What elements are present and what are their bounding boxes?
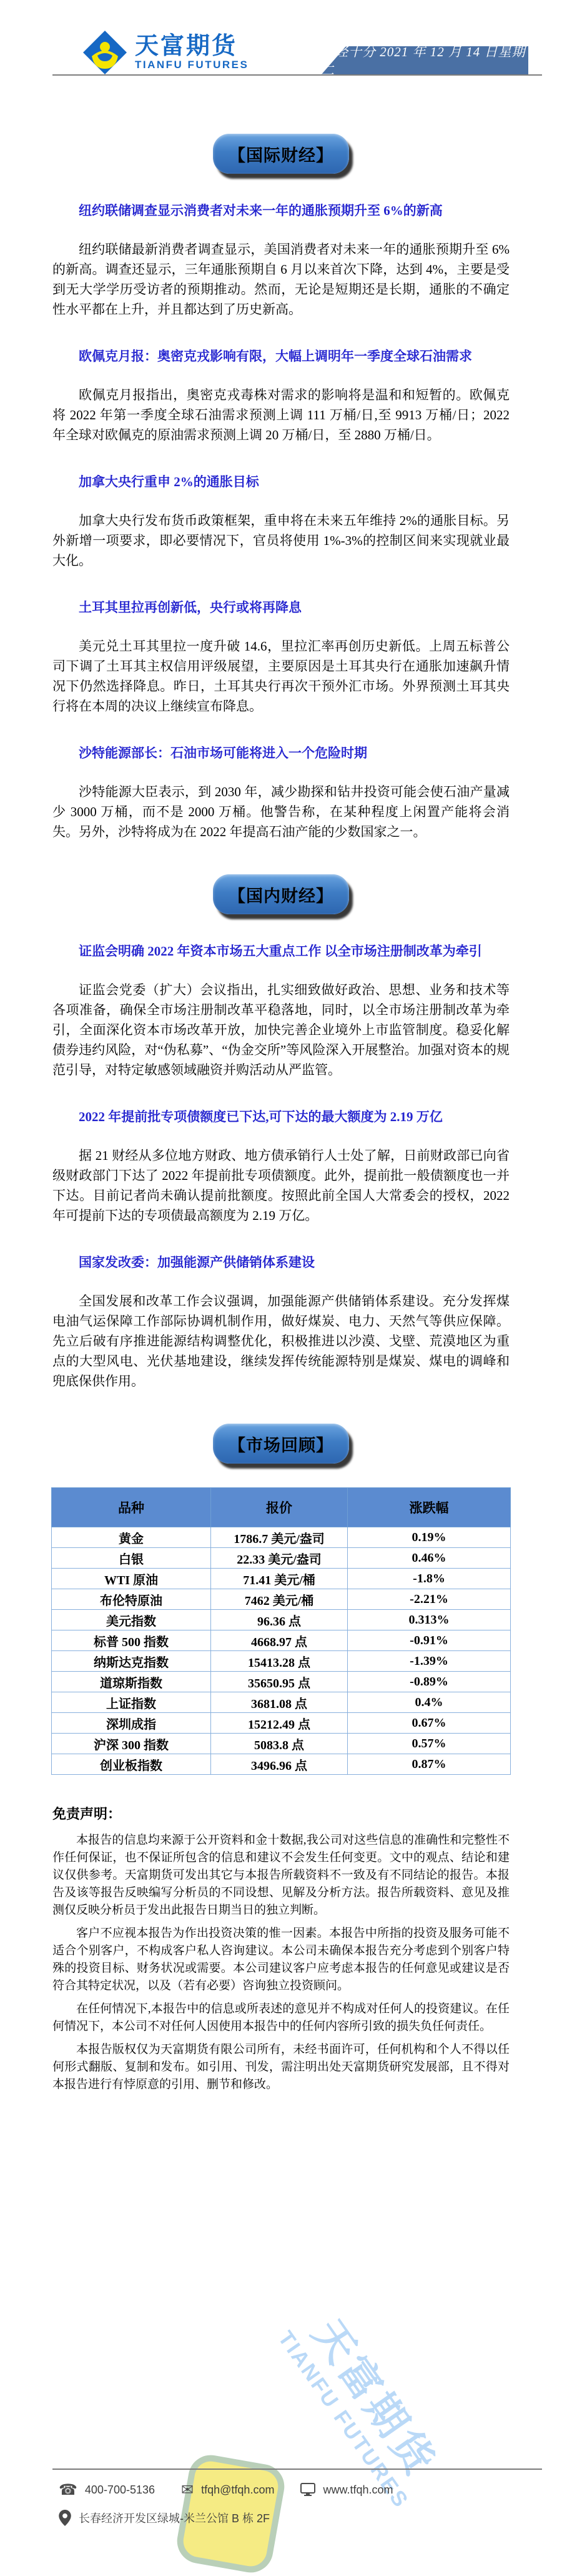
section-button-international: 【国际财经】: [213, 134, 349, 174]
news-title: 沙特能源部长：石油市场可能将进入一个危险时期: [52, 744, 510, 763]
header-price: 报价: [211, 1488, 348, 1527]
footer-contact-row: ☎ 400-700-5136 ✉ tfqh@tfqh.com www.tfqh.…: [59, 2482, 562, 2497]
footer-address-row: 长春经济开发区绿城-米兰公馆 B 栋 2F: [59, 2510, 562, 2526]
news-section: 土耳其里拉再创新低，央行或将再降息 美元兑土耳其里拉一度升破 14.6，里拉汇率…: [52, 598, 510, 716]
international-news: 纽约联储调查显示消费者对未来一年的通胀预期升至 6%的新高 纽约联储最新消费者调…: [0, 201, 562, 842]
cell-price: 4668.97 点: [211, 1630, 348, 1651]
news-title: 土耳其里拉再创新低，央行或将再降息: [52, 598, 510, 617]
cell-price: 15413.28 点: [211, 1651, 348, 1672]
cell-change: 0.46%: [348, 1548, 511, 1569]
news-body: 证监会党委（扩大）会议指出，扎实细致做好政治、思想、业务和技术等各项准备，确保全…: [52, 980, 510, 1080]
cell-variety: 深圳成指: [52, 1713, 211, 1734]
cell-change: -1.39%: [348, 1651, 511, 1672]
news-section: 2022 年提前批专项债额度已下达,可下达的最大额度为 2.19 万亿 据 21…: [52, 1107, 510, 1226]
logo-text: 天富期货 TIANFU FUTURES: [135, 34, 249, 71]
news-section: 加拿大央行重申 2%的通胀目标 加拿大央行发布货币政策框架，重申将在未来五年维持…: [52, 472, 510, 571]
domestic-news: 证监会明确 2022 年资本市场五大重点工作 以全市场注册制改革为牵引 证监会党…: [0, 942, 562, 1391]
news-body: 欧佩克月报指出，奥密克戎毒株对需求的影响将是温和和短暂的。欧佩克将 2022 年…: [52, 385, 510, 445]
table-row: 深圳成指 15212.49 点 0.67%: [52, 1713, 511, 1734]
table-row: 白银 22.33 美元/盎司 0.46%: [52, 1548, 511, 1569]
mail-icon: ✉: [181, 2482, 194, 2497]
company-logo: 天富期货 TIANFU FUTURES: [82, 30, 249, 75]
news-title: 证监会明确 2022 年资本市场五大重点工作 以全市场注册制改革为牵引: [52, 942, 510, 961]
footer: ☎ 400-700-5136 ✉ tfqh@tfqh.com www.tfqh.…: [0, 2469, 562, 2526]
location-icon: [59, 2510, 71, 2526]
news-title: 2022 年提前批专项债额度已下达,可下达的最大额度为 2.19 万亿: [52, 1107, 510, 1127]
cell-price: 96.36 点: [211, 1610, 348, 1630]
news-section: 纽约联储调查显示消费者对未来一年的通胀预期升至 6%的新高 纽约联储最新消费者调…: [52, 201, 510, 319]
disclaimer-paragraph: 本报告的信息均来源于公开资料和金十数据,我公司对这些信息的准确性和完整性不作任何…: [52, 1832, 510, 1919]
cell-variety: 标普 500 指数: [52, 1630, 211, 1651]
disclaimer-paragraph: 在任何情况下,本报告中的信息或所表述的意见并不构成对任何人的投资建议。在任何情况…: [52, 2000, 510, 2035]
monitor-icon: [300, 2483, 315, 2497]
date-banner: 财经十分 2021 年 12 月 14 日星期二: [321, 46, 528, 75]
table-row: 美元指数 96.36 点 0.313%: [52, 1610, 511, 1630]
cell-change: 0.87%: [348, 1754, 511, 1775]
cell-price: 1786.7 美元/盎司: [211, 1527, 348, 1548]
section-button-wrap: 【国际财经】: [0, 134, 562, 174]
cell-variety: 创业板指数: [52, 1754, 211, 1775]
section-button-wrap: 【市场回顾】: [0, 1424, 562, 1464]
logo-diamond-icon: [82, 30, 127, 75]
disclaimer-heading: 免责声明：: [52, 1804, 510, 1823]
table-row: 黄金 1786.7 美元/盎司 0.19%: [52, 1527, 511, 1548]
header-divider: [52, 74, 542, 76]
cell-change: -2.21%: [348, 1589, 511, 1610]
footer-phone: ☎ 400-700-5136: [59, 2482, 155, 2497]
disclaimer-paragraph: 客户不应视本报告为作出投资决策的惟一因素。本报告中所指的投资及服务可能不适合个别…: [52, 1925, 510, 1995]
cell-price: 5083.8 点: [211, 1734, 348, 1754]
footer-address-text: 长春经济开发区绿城-米兰公馆 B 栋 2F: [79, 2510, 270, 2526]
news-body: 全国发展和改革工作会议强调，加强能源产供储销体系建设。充分发挥煤电油气运保障工作…: [52, 1291, 510, 1391]
cell-change: 0.4%: [348, 1692, 511, 1713]
cell-price: 15212.49 点: [211, 1713, 348, 1734]
disclaimer-paragraph: 本报告版权仅为天富期货有限公司所有，未经书面许可，任何机构和个人不得以任何形式翻…: [52, 2041, 510, 2094]
cell-change: -1.8%: [348, 1569, 511, 1589]
table-row: 布伦特原油 7462 美元/桶 -2.21%: [52, 1589, 511, 1610]
news-body: 沙特能源大臣表示，到 2030 年，减少勘探和钻井投资可能会使石油产量减少 30…: [52, 782, 510, 842]
cell-variety: WTI 原油: [52, 1569, 211, 1589]
date-banner-text: 财经十分 2021 年 12 月 14 日星期二: [321, 42, 528, 79]
news-title: 国家发改委：加强能源产供储销体系建设: [52, 1253, 510, 1272]
cell-change: -0.91%: [348, 1630, 511, 1651]
cell-variety: 美元指数: [52, 1610, 211, 1630]
news-section: 沙特能源部长：石油市场可能将进入一个危险时期 沙特能源大臣表示，到 2030 年…: [52, 744, 510, 842]
footer-website-text[interactable]: www.tfqh.com: [323, 2484, 393, 2497]
cell-change: 0.313%: [348, 1610, 511, 1630]
disclaimer: 免责声明： 本报告的信息均来源于公开资料和金十数据,我公司对这些信息的准确性和完…: [0, 1804, 562, 2094]
header-variety: 品种: [52, 1488, 211, 1527]
table-row: 标普 500 指数 4668.97 点 -0.91%: [52, 1630, 511, 1651]
cell-variety: 黄金: [52, 1527, 211, 1548]
table-header-row: 品种 报价 涨跌幅: [52, 1488, 511, 1527]
table-row: WTI 原油 71.41 美元/桶 -1.8%: [52, 1569, 511, 1589]
cell-change: 0.67%: [348, 1713, 511, 1734]
footer-email-text[interactable]: tfqh@tfqh.com: [201, 2484, 274, 2497]
footer-divider: [52, 2469, 542, 2470]
cell-change: -0.89%: [348, 1672, 511, 1692]
section-button-domestic: 【国内财经】: [213, 874, 349, 914]
news-section: 证监会明确 2022 年资本市场五大重点工作 以全市场注册制改革为牵引 证监会党…: [52, 942, 510, 1080]
section-button-wrap: 【国内财经】: [0, 874, 562, 914]
footer-website[interactable]: www.tfqh.com: [300, 2483, 393, 2497]
phone-icon: ☎: [59, 2482, 77, 2497]
footer-address: 长春经济开发区绿城-米兰公馆 B 栋 2F: [59, 2510, 270, 2526]
table-row: 纳斯达克指数 15413.28 点 -1.39%: [52, 1651, 511, 1672]
cell-variety: 纳斯达克指数: [52, 1651, 211, 1672]
news-title: 加拿大央行重申 2%的通胀目标: [52, 472, 510, 492]
header: 天富期货 TIANFU FUTURES 财经十分 2021 年 12 月 14 …: [0, 0, 562, 80]
news-section: 欧佩克月报：奥密克戎影响有限，大幅上调明年一季度全球石油需求 欧佩克月报指出，奥…: [52, 347, 510, 445]
header-change: 涨跌幅: [348, 1488, 511, 1527]
cell-variety: 道琼斯指数: [52, 1672, 211, 1692]
news-body: 加拿大央行发布货币政策框架，重申将在未来五年维持 2%的通胀目标。另外新增一项要…: [52, 511, 510, 571]
logo-name-cn: 天富期货: [135, 34, 249, 59]
cell-change: 0.19%: [348, 1527, 511, 1548]
news-body: 据 21 财经从多位地方财政、地方债承销行人士处了解，日前财政部已向省级财政部门…: [52, 1146, 510, 1226]
cell-variety: 沪深 300 指数: [52, 1734, 211, 1754]
cell-change: 0.57%: [348, 1734, 511, 1754]
table-row: 上证指数 3681.08 点 0.4%: [52, 1692, 511, 1713]
table-row: 沪深 300 指数 5083.8 点 0.57%: [52, 1734, 511, 1754]
footer-phone-text: 400-700-5136: [85, 2484, 155, 2497]
cell-price: 71.41 美元/桶: [211, 1569, 348, 1589]
table-row: 道琼斯指数 35650.95 点 -0.89%: [52, 1672, 511, 1692]
market-table: 品种 报价 涨跌幅 黄金 1786.7 美元/盎司 0.19% 白银 22.33…: [51, 1487, 511, 1775]
news-body: 美元兑土耳其里拉一度升破 14.6，里拉汇率再创历史新低。上周五标普公司下调了土…: [52, 636, 510, 716]
news-title: 欧佩克月报：奥密克戎影响有限，大幅上调明年一季度全球石油需求: [52, 347, 510, 366]
table-row: 创业板指数 3496.96 点 0.87%: [52, 1754, 511, 1775]
cell-variety: 白银: [52, 1548, 211, 1569]
footer-email[interactable]: ✉ tfqh@tfqh.com: [181, 2482, 274, 2497]
cell-price: 7462 美元/桶: [211, 1589, 348, 1610]
cell-price: 35650.95 点: [211, 1672, 348, 1692]
cell-price: 3681.08 点: [211, 1692, 348, 1713]
cell-price: 3496.96 点: [211, 1754, 348, 1775]
section-button-market-review: 【市场回顾】: [213, 1424, 349, 1464]
cell-variety: 布伦特原油: [52, 1589, 211, 1610]
cell-price: 22.33 美元/盎司: [211, 1548, 348, 1569]
logo-name-en: TIANFU FUTURES: [135, 59, 249, 71]
news-section: 国家发改委：加强能源产供储销体系建设 全国发展和改革工作会议强调，加强能源产供储…: [52, 1253, 510, 1391]
newsletter-page: 天富期货 TIANFU FUTURES 财经十分 2021 年 12 月 14 …: [0, 0, 562, 2576]
news-body: 纽约联储最新消费者调查显示，美国消费者对未来一年的通胀预期升至 6%的新高。调查…: [52, 239, 510, 319]
cell-variety: 上证指数: [52, 1692, 211, 1713]
news-title: 纽约联储调查显示消费者对未来一年的通胀预期升至 6%的新高: [52, 201, 510, 221]
